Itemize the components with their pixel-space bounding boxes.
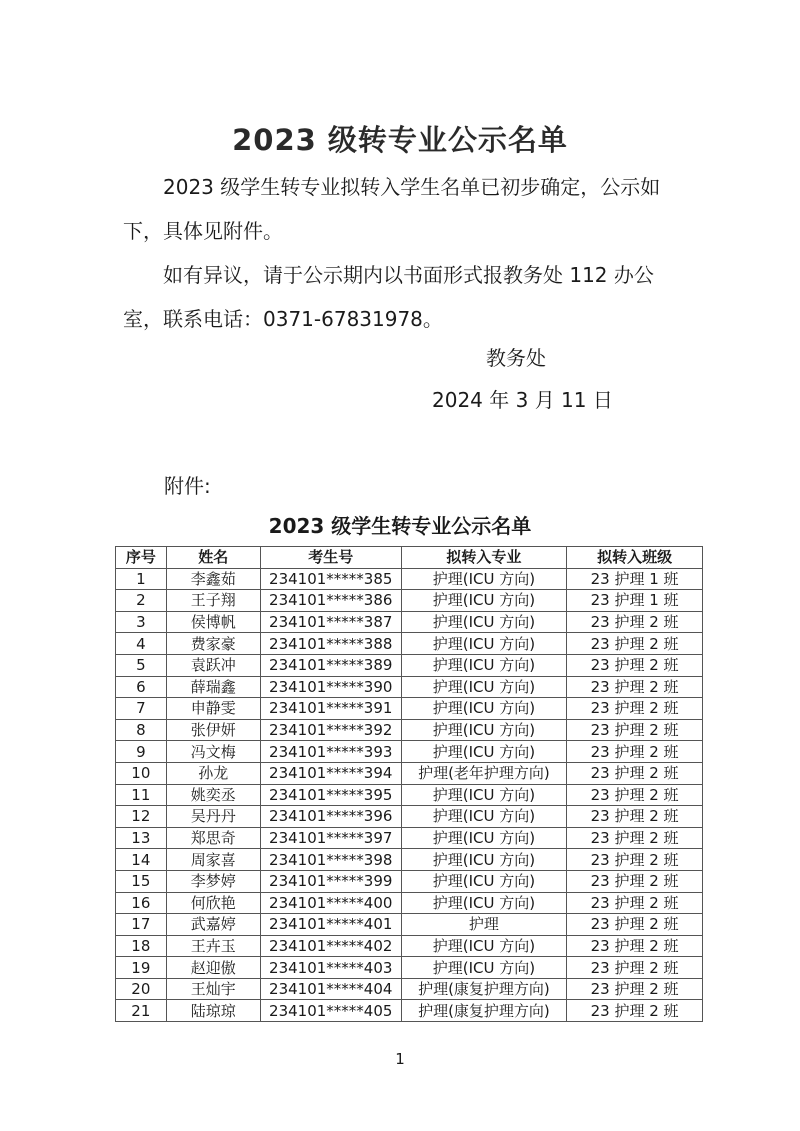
cell-name: 王子翔 — [166, 590, 260, 612]
cell-index: 14 — [116, 849, 167, 871]
cell-major: 护理(ICU 方向) — [401, 676, 567, 698]
cell-index: 8 — [116, 719, 167, 741]
table-row: 18王卉玉234101*****402护理(ICU 方向)23 护理 2 班 — [116, 935, 703, 957]
table-row: 7申静雯234101*****391护理(ICU 方向)23 护理 2 班 — [116, 698, 703, 720]
cell-exam-id: 234101*****393 — [260, 741, 401, 763]
cell-name: 郑思奇 — [166, 827, 260, 849]
cell-major: 护理(ICU 方向) — [401, 698, 567, 720]
table-row: 4费家豪234101*****388护理(ICU 方向)23 护理 2 班 — [116, 633, 703, 655]
cell-index: 17 — [116, 914, 167, 936]
cell-class: 23 护理 2 班 — [567, 978, 703, 1000]
table-row: 10孙龙234101*****394护理(老年护理方向)23 护理 2 班 — [116, 762, 703, 784]
cell-index: 3 — [116, 611, 167, 633]
cell-index: 21 — [116, 1000, 167, 1022]
cell-index: 18 — [116, 935, 167, 957]
header-index: 序号 — [116, 547, 167, 569]
table-row: 19赵迎傲234101*****403护理(ICU 方向)23 护理 2 班 — [116, 957, 703, 979]
cell-name: 陆琼琼 — [166, 1000, 260, 1022]
cell-index: 12 — [116, 806, 167, 828]
cell-major: 护理(ICU 方向) — [401, 957, 567, 979]
cell-class: 23 护理 2 班 — [567, 654, 703, 676]
cell-index: 19 — [116, 957, 167, 979]
cell-index: 7 — [116, 698, 167, 720]
cell-class: 23 护理 1 班 — [567, 590, 703, 612]
cell-exam-id: 234101*****400 — [260, 892, 401, 914]
table-row: 3侯博帆234101*****387护理(ICU 方向)23 护理 2 班 — [116, 611, 703, 633]
cell-class: 23 护理 2 班 — [567, 676, 703, 698]
cell-exam-id: 234101*****395 — [260, 784, 401, 806]
cell-exam-id: 234101*****392 — [260, 719, 401, 741]
page-number: 1 — [0, 1050, 800, 1068]
cell-major: 护理 — [401, 914, 567, 936]
cell-class: 23 护理 2 班 — [567, 633, 703, 655]
paragraph-announcement: 2023 级学生转专业拟转入学生名单已初步确定，公示如下，具体见附件。 — [123, 165, 689, 253]
signature-date: 2024 年 3 月 11 日 — [432, 384, 613, 413]
cell-exam-id: 234101*****385 — [260, 568, 401, 590]
header-exam-id: 考生号 — [260, 547, 401, 569]
transfer-list-table: 序号 姓名 考生号 拟转入专业 拟转入班级 1李鑫茹234101*****385… — [115, 546, 703, 1022]
cell-name: 李鑫茹 — [166, 568, 260, 590]
cell-major: 护理(ICU 方向) — [401, 935, 567, 957]
cell-exam-id: 234101*****405 — [260, 1000, 401, 1022]
cell-major: 护理(ICU 方向) — [401, 590, 567, 612]
cell-exam-id: 234101*****390 — [260, 676, 401, 698]
table-row: 1李鑫茹234101*****385护理(ICU 方向)23 护理 1 班 — [116, 568, 703, 590]
cell-name: 张伊妍 — [166, 719, 260, 741]
cell-exam-id: 234101*****397 — [260, 827, 401, 849]
cell-name: 何欣艳 — [166, 892, 260, 914]
cell-exam-id: 234101*****399 — [260, 870, 401, 892]
cell-major: 护理(康复护理方向) — [401, 1000, 567, 1022]
paragraph-objection: 如有异议，请于公示期内以书面形式报教务处 112 办公室，联系电话：0371-6… — [123, 253, 689, 341]
cell-class: 23 护理 2 班 — [567, 849, 703, 871]
cell-class: 23 护理 2 班 — [567, 741, 703, 763]
table-title: 2023 级学生转专业公示名单 — [0, 510, 800, 539]
cell-name: 吴丹丹 — [166, 806, 260, 828]
table-row: 2王子翔234101*****386护理(ICU 方向)23 护理 1 班 — [116, 590, 703, 612]
cell-name: 周家喜 — [166, 849, 260, 871]
cell-class: 23 护理 2 班 — [567, 892, 703, 914]
cell-class: 23 护理 2 班 — [567, 784, 703, 806]
table-row: 14周家喜234101*****398护理(ICU 方向)23 护理 2 班 — [116, 849, 703, 871]
cell-name: 姚奕丞 — [166, 784, 260, 806]
cell-name: 冯文梅 — [166, 741, 260, 763]
cell-name: 费家豪 — [166, 633, 260, 655]
cell-name: 申静雯 — [166, 698, 260, 720]
table-row: 8张伊妍234101*****392护理(ICU 方向)23 护理 2 班 — [116, 719, 703, 741]
table-row: 12吴丹丹234101*****396护理(ICU 方向)23 护理 2 班 — [116, 806, 703, 828]
cell-exam-id: 234101*****386 — [260, 590, 401, 612]
cell-class: 23 护理 2 班 — [567, 762, 703, 784]
cell-major: 护理(ICU 方向) — [401, 892, 567, 914]
header-class: 拟转入班级 — [567, 547, 703, 569]
cell-class: 23 护理 2 班 — [567, 1000, 703, 1022]
cell-class: 23 护理 2 班 — [567, 698, 703, 720]
cell-class: 23 护理 2 班 — [567, 935, 703, 957]
cell-major: 护理(ICU 方向) — [401, 568, 567, 590]
cell-major: 护理(ICU 方向) — [401, 870, 567, 892]
cell-major: 护理(ICU 方向) — [401, 611, 567, 633]
cell-exam-id: 234101*****403 — [260, 957, 401, 979]
header-name: 姓名 — [166, 547, 260, 569]
cell-class: 23 护理 2 班 — [567, 611, 703, 633]
cell-class: 23 护理 2 班 — [567, 870, 703, 892]
cell-name: 袁跃冲 — [166, 654, 260, 676]
cell-class: 23 护理 2 班 — [567, 827, 703, 849]
cell-major: 护理(ICU 方向) — [401, 849, 567, 871]
cell-exam-id: 234101*****402 — [260, 935, 401, 957]
cell-index: 5 — [116, 654, 167, 676]
table-row: 6薛瑞鑫234101*****390护理(ICU 方向)23 护理 2 班 — [116, 676, 703, 698]
cell-name: 侯博帆 — [166, 611, 260, 633]
cell-name: 李梦婷 — [166, 870, 260, 892]
document-title: 2023 级转专业公示名单 — [0, 118, 800, 159]
cell-class: 23 护理 1 班 — [567, 568, 703, 590]
cell-index: 2 — [116, 590, 167, 612]
table-row: 20王灿宇234101*****404护理(康复护理方向)23 护理 2 班 — [116, 978, 703, 1000]
cell-exam-id: 234101*****404 — [260, 978, 401, 1000]
cell-major: 护理(ICU 方向) — [401, 784, 567, 806]
cell-index: 11 — [116, 784, 167, 806]
cell-index: 20 — [116, 978, 167, 1000]
cell-name: 王卉玉 — [166, 935, 260, 957]
cell-name: 赵迎傲 — [166, 957, 260, 979]
cell-name: 王灿宇 — [166, 978, 260, 1000]
table-row: 15李梦婷234101*****399护理(ICU 方向)23 护理 2 班 — [116, 870, 703, 892]
cell-major: 护理(老年护理方向) — [401, 762, 567, 784]
table-row: 16何欣艳234101*****400护理(ICU 方向)23 护理 2 班 — [116, 892, 703, 914]
cell-exam-id: 234101*****394 — [260, 762, 401, 784]
cell-index: 6 — [116, 676, 167, 698]
cell-major: 护理(ICU 方向) — [401, 827, 567, 849]
cell-major: 护理(ICU 方向) — [401, 806, 567, 828]
cell-exam-id: 234101*****387 — [260, 611, 401, 633]
table-row: 21陆琼琼234101*****405护理(康复护理方向)23 护理 2 班 — [116, 1000, 703, 1022]
cell-name: 薛瑞鑫 — [166, 676, 260, 698]
table-row: 5袁跃冲234101*****389护理(ICU 方向)23 护理 2 班 — [116, 654, 703, 676]
cell-class: 23 护理 2 班 — [567, 719, 703, 741]
cell-index: 10 — [116, 762, 167, 784]
cell-major: 护理(康复护理方向) — [401, 978, 567, 1000]
cell-index: 15 — [116, 870, 167, 892]
cell-index: 4 — [116, 633, 167, 655]
cell-exam-id: 234101*****388 — [260, 633, 401, 655]
cell-exam-id: 234101*****396 — [260, 806, 401, 828]
cell-major: 护理(ICU 方向) — [401, 633, 567, 655]
cell-exam-id: 234101*****398 — [260, 849, 401, 871]
table-row: 13郑思奇234101*****397护理(ICU 方向)23 护理 2 班 — [116, 827, 703, 849]
cell-index: 13 — [116, 827, 167, 849]
table-row: 9冯文梅234101*****393护理(ICU 方向)23 护理 2 班 — [116, 741, 703, 763]
header-major: 拟转入专业 — [401, 547, 567, 569]
cell-major: 护理(ICU 方向) — [401, 654, 567, 676]
table-row: 17武嘉婷234101*****401护理23 护理 2 班 — [116, 914, 703, 936]
cell-major: 护理(ICU 方向) — [401, 741, 567, 763]
cell-exam-id: 234101*****401 — [260, 914, 401, 936]
cell-index: 9 — [116, 741, 167, 763]
attachment-label: 附件: — [164, 470, 211, 499]
cell-name: 武嘉婷 — [166, 914, 260, 936]
cell-exam-id: 234101*****389 — [260, 654, 401, 676]
cell-major: 护理(ICU 方向) — [401, 719, 567, 741]
table-header-row: 序号 姓名 考生号 拟转入专业 拟转入班级 — [116, 547, 703, 569]
cell-index: 1 — [116, 568, 167, 590]
cell-exam-id: 234101*****391 — [260, 698, 401, 720]
cell-class: 23 护理 2 班 — [567, 957, 703, 979]
cell-class: 23 护理 2 班 — [567, 914, 703, 936]
cell-index: 16 — [116, 892, 167, 914]
cell-name: 孙龙 — [166, 762, 260, 784]
signature-department: 教务处 — [486, 342, 546, 371]
table-row: 11姚奕丞234101*****395护理(ICU 方向)23 护理 2 班 — [116, 784, 703, 806]
cell-class: 23 护理 2 班 — [567, 806, 703, 828]
